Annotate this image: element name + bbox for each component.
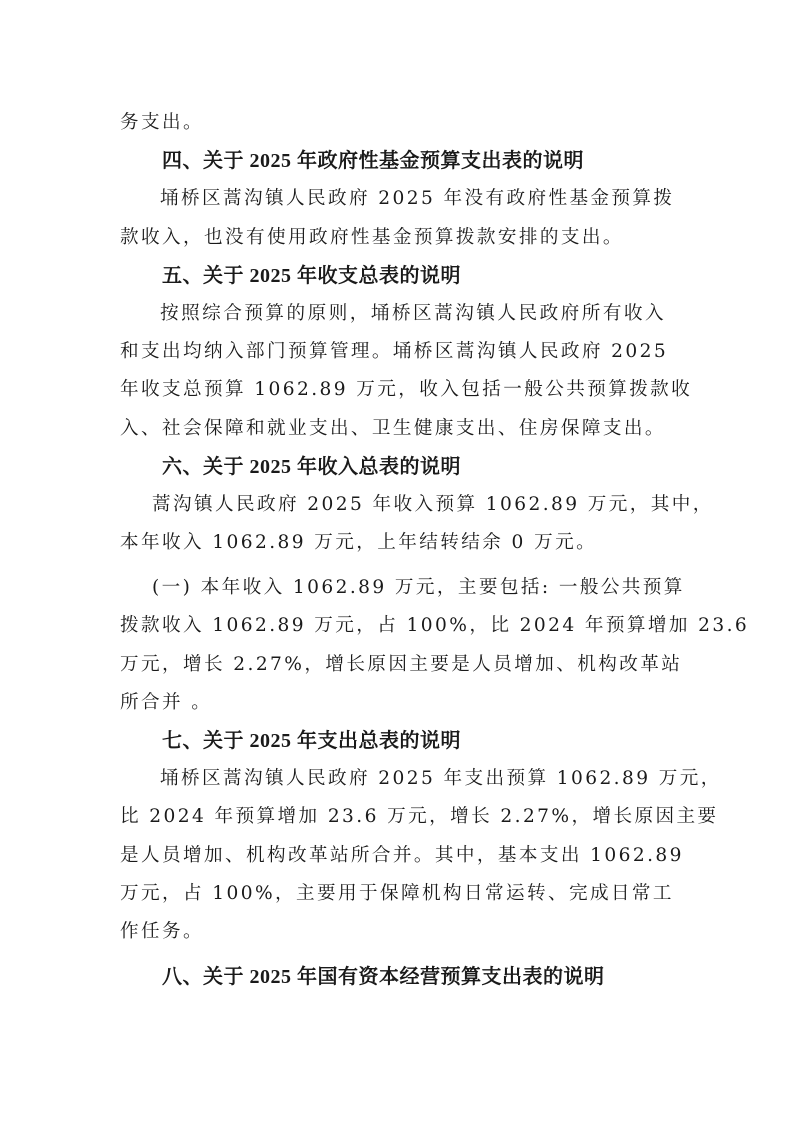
paragraph-line: 款收入，也没有使用政府性基金预算拨款安排的支出。 [120,219,666,257]
paragraph-line: 年收支总预算 1062.89 万元，收入包括一般公共预算拨款收 [120,371,666,409]
paragraph-line: 埇桥区蒿沟镇人民政府 2025 年支出预算 1062.89 万元， [120,760,666,798]
paragraph-line: 本年收入 1062.89 万元，上年结转结余 0 万元。 [120,524,666,562]
paragraph-line: 埇桥区蒿沟镇人民政府 2025 年没有政府性基金预算拨 [120,180,666,218]
paragraph-line: 务支出。 [120,104,666,142]
document-page: 务支出。 四、关于 2025 年政府性基金预算支出表的说明 埇桥区蒿沟镇人民政府… [120,104,666,996]
paragraph-line: (一) 本年收入 1062.89 万元，主要包括: 一般公共预算 [120,569,666,607]
section-4-heading: 四、关于 2025 年政府性基金预算支出表的说明 [120,142,666,180]
paragraph-line: 是人员增加、机构改革站所合并。其中，基本支出 1062.89 [120,837,666,875]
paragraph-line: 所合并 。 [120,684,666,722]
section-5-heading: 五、关于 2025 年收支总表的说明 [120,257,666,295]
paragraph-line: 拨款收入 1062.89 万元，占 100%，比 2024 年预算增加 23.6 [120,607,666,645]
paragraph-line: 作任务。 [120,913,666,951]
paragraph-line: 比 2024 年预算增加 23.6 万元，增长 2.27%，增长原因主要 [120,798,666,836]
section-8-heading: 八、关于 2025 年国有资本经营预算支出表的说明 [120,958,666,996]
paragraph-line: 按照综合预算的原则，埇桥区蒿沟镇人民政府所有收入 [120,295,666,333]
paragraph-line: 万元，增长 2.27%，增长原因主要是人员增加、机构改革站 [120,646,666,684]
paragraph-line: 和支出均纳入部门预算管理。埇桥区蒿沟镇人民政府 2025 [120,333,666,371]
paragraph-line: 蒿沟镇人民政府 2025 年收入预算 1062.89 万元，其中， [120,486,666,524]
paragraph-line: 入、社会保障和就业支出、卫生健康支出、住房保障支出。 [120,410,666,448]
section-6-heading: 六、关于 2025 年收入总表的说明 [120,448,666,486]
paragraph-line: 万元，占 100%，主要用于保障机构日常运转、完成日常工 [120,875,666,913]
section-7-heading: 七、关于 2025 年支出总表的说明 [120,722,666,760]
